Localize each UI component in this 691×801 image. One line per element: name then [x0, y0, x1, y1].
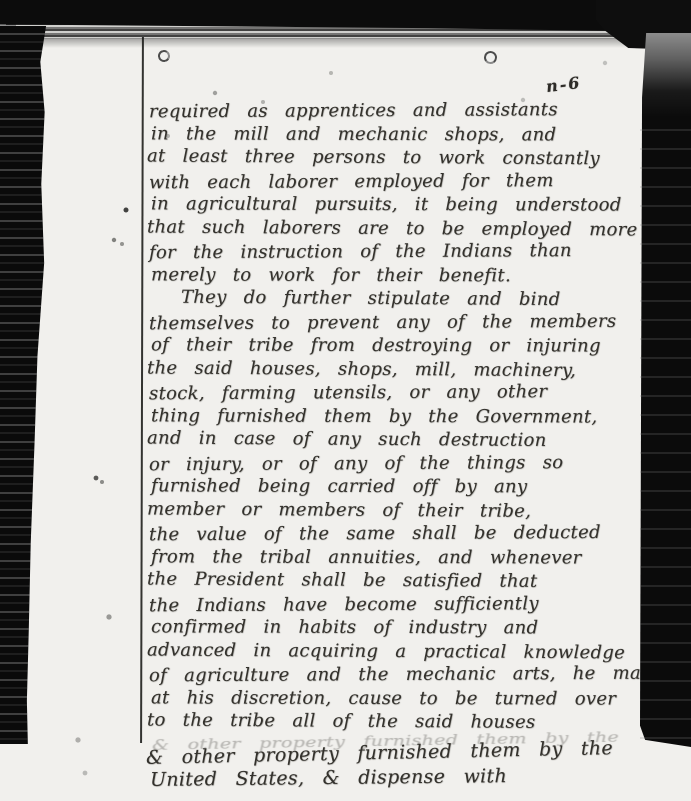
handwritten-line-paragraph-start: They do further stipulate and bind: [147, 285, 639, 312]
handwritten-line: furnished being carried off by any: [151, 474, 643, 499]
handwritten-line: the Indians have become sufficiently: [149, 591, 641, 617]
handwritten-line: for the instruction of the Indians than: [149, 239, 641, 265]
handwritten-line: in the mill and mechanic shops, and: [151, 122, 643, 147]
handwritten-line: at his discretion, cause to be turned ov…: [151, 686, 643, 711]
handwritten-line: from the tribal annuities, and whenever: [151, 545, 643, 570]
handwritten-line: at least three persons to work constantl…: [147, 144, 639, 171]
handwritten-line: merely to work for their benefit.: [151, 263, 643, 288]
handwritten-line: or injury, or of any of the things so: [149, 450, 641, 476]
handwritten-line: thing furnished them by the Government,: [151, 404, 643, 429]
handwritten-line: stock, farming utensils, or any other: [149, 380, 641, 406]
handwritten-line: confirmed in habits of industry and: [151, 615, 643, 640]
handwritten-text-block: required as apprentices and assistants i…: [149, 99, 641, 734]
handwritten-line: and in case of any such destruction: [147, 426, 639, 453]
handwritten-line: of agriculture and the mechanic arts, he…: [149, 662, 641, 688]
handwritten-line: that such laborers are to be employed mo…: [147, 215, 639, 242]
handwritten-line: in agricultural pursuits, it being under…: [151, 192, 643, 217]
scanned-document-page: { "document": { "page_label": "n-6", "li…: [0, 0, 691, 801]
scan-right-bar-streaks: [640, 120, 691, 740]
punch-hole-icon: [483, 50, 498, 65]
handwritten-line: of their tribe from destroying or injuri…: [151, 333, 643, 358]
handwritten-line: member or members of their tribe,: [147, 497, 639, 524]
scan-left-bar-streaks: [0, 26, 48, 744]
handwritten-line: the said houses, shops, mill, machinery,: [147, 356, 639, 383]
scan-top-streaks-fade: [6, 38, 656, 48]
margin-rule-line: [140, 37, 144, 743]
handwritten-line: required as apprentices and assistants: [149, 98, 641, 124]
handwritten-line: the value of the same shall be deducted: [149, 521, 641, 547]
handwritten-line: themselves to prevent any of the members: [149, 309, 641, 335]
handwritten-line: the President shall be satisfied that: [147, 567, 639, 594]
handwritten-line: United States, & dispense with: [150, 765, 507, 791]
page-number: n-6: [545, 73, 582, 96]
handwritten-line: advanced in acquiring a practical knowle…: [147, 638, 639, 665]
punch-hole-icon: [157, 49, 171, 63]
handwritten-line: with each laborer employed for them: [149, 168, 641, 194]
